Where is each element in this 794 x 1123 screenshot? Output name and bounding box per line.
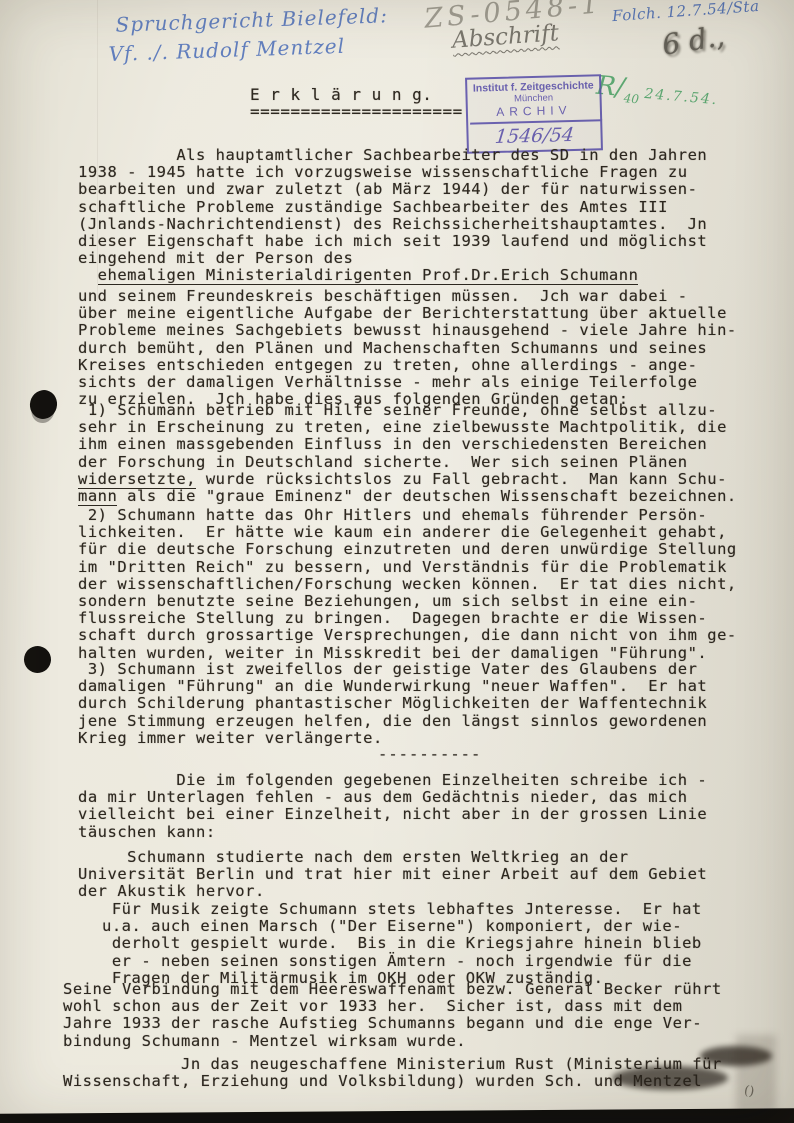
- typed-text: u.a. auch einen Marsch ("Der Eiserne") k…: [102, 917, 682, 935]
- typed-line: über meine eigentliche Aufgabe der Beric…: [78, 305, 737, 322]
- pencil-smudge-mark: 6 d.,: [660, 19, 727, 61]
- typed-line: schaft durch grossartige Versprechungen,…: [78, 627, 737, 644]
- typed-line: bindung Schumann - Mentzel wirksam wurde…: [63, 1033, 722, 1050]
- edge-smudge: [736, 1035, 776, 1113]
- scan-edge-bar: [0, 1108, 794, 1123]
- typed-text: eingehend mit der Person des: [78, 249, 353, 267]
- paragraph-4-item-2: 2) Schumann hatte das Ohr Hitlers und eh…: [78, 507, 737, 662]
- typed-line: bearbeiten und zwar zuletzt (ab März 194…: [78, 181, 707, 198]
- typed-line: jene Stimmung erzeugen helfen, die den l…: [78, 713, 707, 730]
- typed-text: als die "graue Eminenz" der deutschen Wi…: [117, 487, 736, 505]
- typed-line: u.a. auch einen Marsch ("Der Eiserne") k…: [102, 918, 702, 935]
- typed-text: lichkeiten. Er hätte wie kaum ein andere…: [78, 523, 727, 541]
- typed-text: wurde rücksichtslos zu Fall gebracht. Ma…: [196, 470, 727, 488]
- typed-text: Krieg immer weiter verlängerte.: [78, 729, 383, 747]
- green-note-sub: 40: [623, 91, 639, 106]
- typed-line: Schumann studierte nach dem ersten Weltk…: [78, 849, 707, 866]
- typed-line: damaligen "Führung" an die Wunderwirkung…: [78, 678, 707, 695]
- typed-text: Jahre 1933 der rasche Aufstieg Schumanns…: [63, 1014, 702, 1032]
- paragraph-2: und seinem Freundeskreis beschäftigen mü…: [78, 288, 737, 408]
- typed-line: derholt gespielt wurde. Bis in die Krieg…: [102, 935, 702, 952]
- typed-text: Probleme meines Sachgebiets bewusst hina…: [78, 321, 737, 339]
- paragraph-5-item-3: 3) Schumann ist zweifellos der geistige …: [78, 661, 707, 747]
- typed-text: 1) Schumann betrieb mit Hilfe seiner Fre…: [78, 401, 717, 419]
- typed-text: Universität Berlin und trat hier mit ein…: [78, 865, 707, 883]
- handwritten-court-note: Spruchgericht Bielefeld: Vf. ./. Rudolf …: [115, 1, 389, 68]
- ink-blot-punch-hole: [22, 644, 53, 675]
- typed-line: Universität Berlin und trat hier mit ein…: [78, 866, 707, 883]
- typed-line: durch Schilderung phantastischer Möglich…: [78, 695, 707, 712]
- typed-text: halten wurden, weiter in Misskredit bei …: [78, 644, 707, 662]
- archive-stamp: Institut f. Zeitgeschichte München ARCHI…: [465, 74, 603, 154]
- typed-text: Für Musik zeigte Schumann stets lebhafte…: [102, 900, 702, 918]
- page-title: E r k l ä r u n g.: [250, 86, 463, 103]
- typed-line: flussreiche Stellung zu bringen. Dagegen…: [78, 610, 737, 627]
- typed-line: Jahre 1933 der rasche Aufstieg Schumanns…: [63, 1015, 722, 1032]
- typed-line: mann als die "graue Eminenz" der deutsch…: [78, 488, 737, 505]
- paragraph-6: Die im folgenden gegebenen Einzelheiten …: [78, 772, 707, 841]
- ink-smudge: [612, 1066, 728, 1090]
- typed-line: Kreises entschieden entgegen zu treten, …: [78, 357, 737, 374]
- typed-text: der Forschung in Deutschland sicherte. W…: [78, 453, 688, 471]
- green-note-date: 24.7.54.: [644, 86, 719, 108]
- typed-text: wohl schon aus der Zeit vor 1933 her. Si…: [63, 997, 682, 1015]
- typed-line: Probleme meines Sachgebiets bewusst hina…: [78, 322, 737, 339]
- typed-text: sehr in Erscheinung zu treten, eine ziel…: [78, 418, 727, 436]
- typed-text: für die deutsche Forschung einzutreten u…: [78, 540, 737, 558]
- typed-text: durch bemüht, den Plänen und Machenschaf…: [78, 339, 707, 357]
- typed-text: jene Stimmung erzeugen helfen, die den l…: [78, 712, 707, 730]
- typed-line: lichkeiten. Er hätte wie kaum ein andere…: [78, 524, 737, 541]
- typed-line: widersetzte, wurde rücksichtslos zu Fall…: [78, 471, 737, 488]
- typed-line: 2) Schumann hatte das Ohr Hitlers und eh…: [78, 507, 737, 524]
- handwritten-date-note: Folch. 12.7.54/Sta: [612, 0, 760, 25]
- typed-text: im "Dritten Reich" zu bessern, und Verst…: [78, 558, 727, 576]
- underlined-text: ehemaligen Ministerialdirigenten Prof.Dr…: [98, 266, 639, 285]
- typed-text: ihm einen massgebenden Einfluss in den v…: [78, 435, 707, 453]
- typed-line: schaftliche Probleme zuständige Sachbear…: [78, 199, 707, 216]
- paragraph-1: Als hauptamtlicher Sachbearbeiter des SD…: [78, 147, 707, 285]
- typed-line: der Akustik hervor.: [78, 883, 707, 900]
- typed-text: bindung Schumann - Mentzel wirksam wurde…: [63, 1032, 466, 1050]
- typed-text: durch Schilderung phantastischer Möglich…: [78, 694, 707, 712]
- green-registry-note: R/40 24.7.54.: [595, 71, 720, 114]
- typed-text: flussreiche Stellung zu bringen. Dagegen…: [78, 609, 707, 627]
- typed-text: 1938 - 1945 hatte ich vorzugsweise wisse…: [78, 163, 688, 181]
- typed-text: Die im folgenden gegebenen Einzelheiten …: [78, 771, 707, 789]
- document-scan-page: Spruchgericht Bielefeld: Vf. ./. Rudolf …: [0, 0, 794, 1123]
- typed-line: (Jnlands-Nachrichtendienst) des Reichssi…: [78, 216, 707, 233]
- typed-text: der wissenschaftlichen/Forschung wecken …: [78, 575, 737, 593]
- typed-line: durch bemüht, den Plänen und Machenschaf…: [78, 340, 737, 357]
- underlined-text: widersetzte,: [78, 470, 196, 489]
- typed-line: 3) Schumann ist zweifellos der geistige …: [78, 661, 707, 678]
- typed-text: Kreises entschieden entgegen zu treten, …: [78, 356, 697, 374]
- typed-text: über meine eigentliche Aufgabe der Beric…: [78, 304, 727, 322]
- typed-line: sehr in Erscheinung zu treten, eine ziel…: [78, 419, 737, 436]
- typed-line: 1938 - 1945 hatte ich vorzugsweise wisse…: [78, 164, 707, 181]
- typed-line: eingehend mit der Person des: [78, 250, 707, 267]
- typed-text: Seine Verbindung mit dem Heereswaffenamt…: [63, 980, 722, 998]
- typed-text: der Akustik hervor.: [78, 882, 265, 900]
- typed-text: Wissenschaft, Erziehung und Volksbildung…: [63, 1072, 702, 1090]
- typed-text: Schumann studierte nach dem ersten Weltk…: [78, 848, 629, 866]
- typed-line: dieser Eigenschaft habe ich mich seit 19…: [78, 233, 707, 250]
- ink-blot-punch-hole: [27, 387, 61, 422]
- typed-line: ehemaligen Ministerialdirigenten Prof.Dr…: [78, 267, 707, 284]
- typed-text: Als hauptamtlicher Sachbearbeiter des SD…: [78, 146, 707, 164]
- typed-text: bearbeiten und zwar zuletzt (ab März 194…: [78, 180, 697, 198]
- typed-line: 1) Schumann betrieb mit Hilfe seiner Fre…: [78, 402, 737, 419]
- typed-line: er - neben seinen sonstigen Ämtern - noc…: [102, 953, 702, 970]
- typed-line: Für Musik zeigte Schumann stets lebhafte…: [102, 901, 702, 918]
- typed-line: und seinem Freundeskreis beschäftigen mü…: [78, 288, 737, 305]
- typed-text: damaligen "Führung" an die Wunderwirkung…: [78, 677, 707, 695]
- paragraph-7: Schumann studierte nach dem ersten Weltk…: [78, 849, 707, 901]
- typed-text: täuschen kann:: [78, 823, 216, 841]
- typed-line: Seine Verbindung mit dem Heereswaffenamt…: [63, 981, 722, 998]
- paragraph-9: Seine Verbindung mit dem Heereswaffenamt…: [63, 981, 722, 1050]
- typed-line: da mir Unterlagen fehlen - aus dem Gedäc…: [78, 789, 707, 806]
- typed-line: der wissenschaftlichen/Forschung wecken …: [78, 576, 737, 593]
- typed-text: (Jnlands-Nachrichtendienst) des Reichssi…: [78, 215, 707, 233]
- typed-line: sondern benutzte seine Beziehungen, um s…: [78, 593, 737, 610]
- typed-line: vielleicht bei einer Einzelheit, nicht a…: [78, 806, 707, 823]
- typed-line: wohl schon aus der Zeit vor 1933 her. Si…: [63, 998, 722, 1015]
- typed-text: sichts der damaligen Verhältnisse - mehr…: [78, 373, 697, 391]
- typed-line: ihm einen massgebenden Einfluss in den v…: [78, 436, 737, 453]
- paragraph-3-item-1: 1) Schumann betrieb mit Hilfe seiner Fre…: [78, 402, 737, 505]
- title-underline: =====================: [250, 103, 463, 120]
- typed-line: täuschen kann:: [78, 824, 707, 841]
- typed-text: sondern benutzte seine Beziehungen, um s…: [78, 592, 697, 610]
- typed-text: schaft durch grossartige Versprechungen,…: [78, 626, 737, 644]
- typed-text: da mir Unterlagen fehlen - aus dem Gedäc…: [78, 788, 688, 806]
- typed-line: Als hauptamtlicher Sachbearbeiter des SD…: [78, 147, 707, 164]
- typed-text: dieser Eigenschaft habe ich mich seit 19…: [78, 232, 707, 250]
- typed-line: für die deutsche Forschung einzutreten u…: [78, 541, 737, 558]
- document-title-block: E r k l ä r u n g. =====================: [250, 86, 463, 120]
- typed-text: er - neben seinen sonstigen Ämtern - noc…: [102, 952, 692, 970]
- typed-text: derholt gespielt wurde. Bis in die Krieg…: [102, 934, 702, 952]
- typed-line: der Forschung in Deutschland sicherte. W…: [78, 454, 737, 471]
- typed-text: und seinem Freundeskreis beschäftigen mü…: [78, 287, 688, 305]
- paragraph-8: Für Musik zeigte Schumann stets lebhafte…: [102, 901, 702, 987]
- typed-text: schaftliche Probleme zuständige Sachbear…: [78, 198, 668, 216]
- typed-text: vielleicht bei einer Einzelheit, nicht a…: [78, 805, 707, 823]
- typed-text: 2) Schumann hatte das Ohr Hitlers und eh…: [78, 506, 707, 524]
- typed-text: [78, 266, 98, 284]
- dashed-separator: ----------: [378, 746, 481, 763]
- typed-line: Die im folgenden gegebenen Einzelheiten …: [78, 772, 707, 789]
- typed-text: 3) Schumann ist zweifellos der geistige …: [78, 660, 697, 678]
- underlined-text: mann: [78, 487, 117, 506]
- typed-line: im "Dritten Reich" zu bessern, und Verst…: [78, 559, 737, 576]
- typed-line: sichts der damaligen Verhältnisse - mehr…: [78, 374, 737, 391]
